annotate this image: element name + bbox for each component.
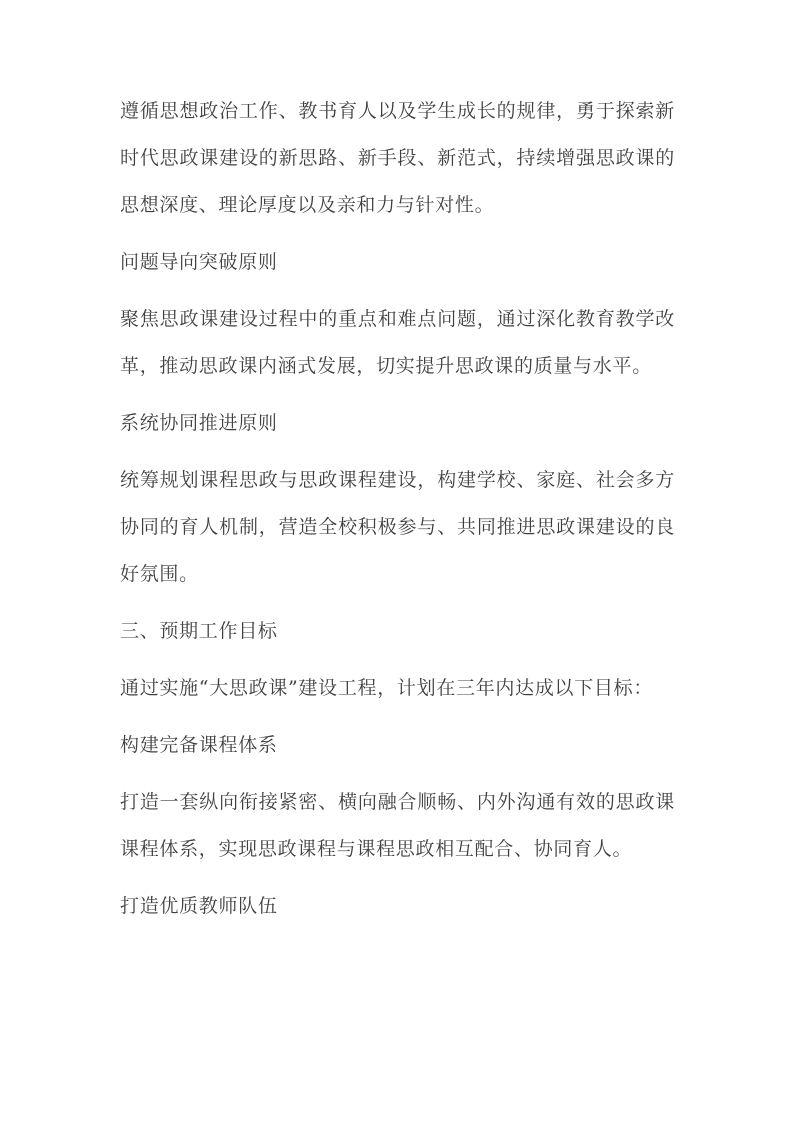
body-paragraph: 聚焦思政课建设过程中的重点和难点问题，通过深化教育教学改革，推动思政课内涵式发展… xyxy=(120,296,675,390)
body-paragraph: 打造一套纵向衔接紧密、横向融合顺畅、内外沟通有效的思政课课程体系，实现思政课程与… xyxy=(120,779,675,873)
body-paragraph: 通过实施“大思政课”建设工程，计划在三年内达成以下目标： xyxy=(120,665,675,712)
document-page: 遵循思想政治工作、教书育人以及学生成长的规律，勇于探索新时代思政课建设的新思路、… xyxy=(0,0,793,1122)
section-heading: 打造优质教师队伍 xyxy=(120,883,675,930)
section-heading: 系统协同推进原则 xyxy=(120,400,675,447)
section-heading: 三、预期工作目标 xyxy=(120,608,675,655)
section-heading: 问题导向突破原则 xyxy=(120,239,675,286)
section-heading: 构建完备课程体系 xyxy=(120,722,675,769)
body-paragraph: 统筹规划课程思政与思政课程建设，构建学校、家庭、社会多方协同的育人机制，营造全校… xyxy=(120,457,675,598)
document-content: 遵循思想政治工作、教书育人以及学生成长的规律，勇于探索新时代思政课建设的新思路、… xyxy=(120,88,675,930)
body-paragraph: 遵循思想政治工作、教书育人以及学生成长的规律，勇于探索新时代思政课建设的新思路、… xyxy=(120,88,675,229)
